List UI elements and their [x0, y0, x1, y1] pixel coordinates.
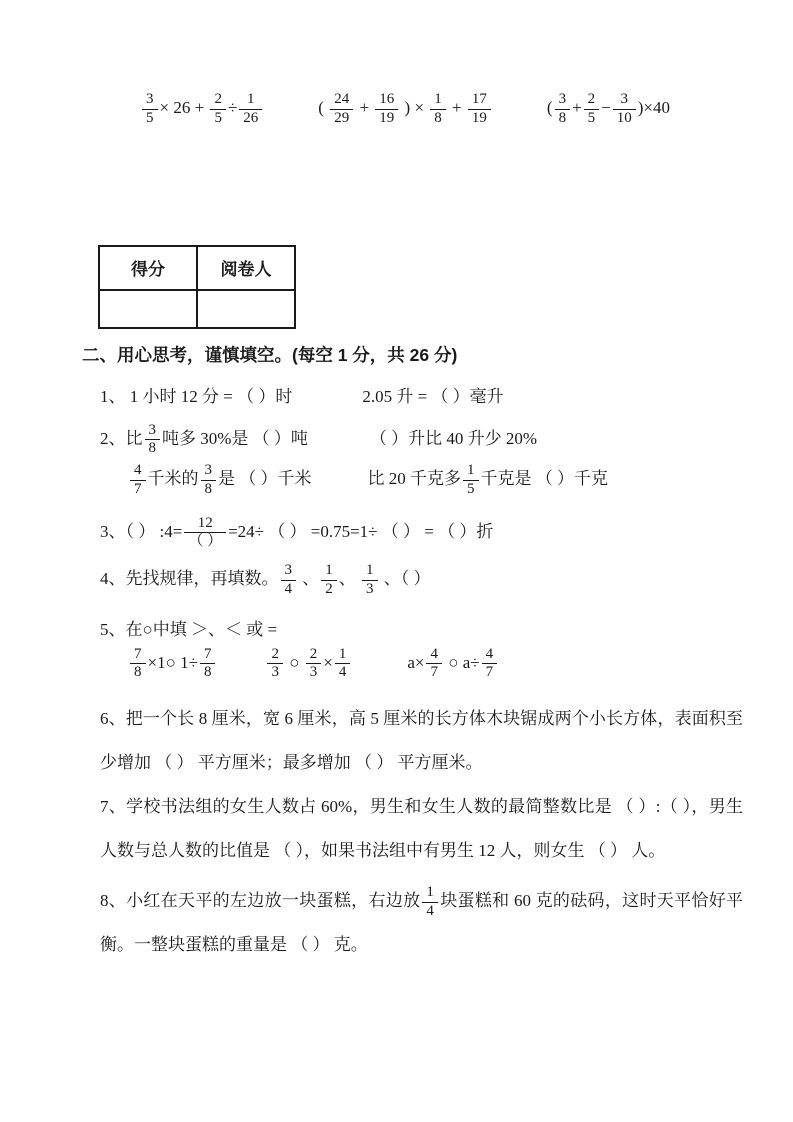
question-4: 4、先找规律，再填数。34 、12、 13 、（ ）	[100, 563, 743, 598]
text-run: 、	[339, 569, 360, 588]
fraction: 310	[613, 92, 636, 127]
grader-value-cell	[197, 290, 295, 328]
fraction-numerator: 1	[430, 92, 446, 109]
text-run: =24÷ （ ） =0.75=1÷ （ ） = （ ）折	[228, 522, 493, 541]
fraction-denominator: 5	[584, 109, 600, 127]
text-run: 是 （ ）千米	[218, 469, 312, 488]
text-run: 1、 1 小时 12 分 = （ ）时	[100, 387, 292, 406]
question-6: 6、把一个长 8 厘米，宽 6 厘米，高 5 厘米的长方体木块锯成两个小长方体，…	[100, 697, 743, 785]
text-run: )×40	[638, 98, 670, 117]
fraction: 18	[430, 92, 446, 127]
section-2-title: 二、用心思考，谨慎填空。(每空 1 分，共 26 分)	[82, 342, 743, 367]
fraction-numerator: 1	[422, 885, 438, 902]
fraction-denominator: 5	[210, 109, 226, 127]
fraction-denominator: 19	[468, 109, 491, 127]
question-7: 7、学校书法组的女生人数占 60%，男生和女生人数的最简整数比是 （ ）:（ ）…	[100, 785, 743, 873]
fraction: 78	[130, 647, 146, 682]
question-2-line-2: 47千米的38是 （ ）千米比 20 千克多15千克是 （ ）千克	[128, 463, 743, 498]
fraction: 38	[145, 423, 161, 458]
text-run: 千克是 （ ）千克	[481, 469, 609, 488]
score-value-cell	[99, 290, 197, 328]
fraction: 2429	[330, 92, 353, 127]
fraction-denominator: 8	[555, 109, 571, 127]
fraction-denominator: 29	[330, 109, 353, 127]
fraction-denominator: 8	[430, 109, 446, 127]
fraction-numerator: 1	[321, 563, 337, 580]
fraction-numerator: 4	[482, 647, 498, 664]
score-header-cell: 得分	[99, 246, 197, 290]
spacer	[308, 443, 370, 444]
text-run: (	[318, 98, 328, 117]
fraction-numerator: 3	[142, 92, 158, 109]
fraction-denominator: 8	[130, 663, 146, 681]
fraction-numerator: 2	[584, 92, 600, 109]
fraction-numerator: 2	[306, 647, 322, 664]
text-run: ÷	[228, 98, 237, 117]
fraction-numerator: 1	[362, 563, 378, 580]
text-run: +	[572, 98, 582, 117]
fraction: 14	[422, 885, 438, 920]
calc-expression-3: (38+25−310)×40	[547, 92, 670, 127]
fraction: 47	[130, 463, 146, 498]
fraction-numerator: 4	[130, 463, 146, 480]
fraction-denominator: 8	[200, 663, 216, 681]
fraction-denominator: （ ）	[184, 532, 226, 550]
calculation-expressions-row: 35× 26 + 25÷126 ( 2429 + 1619 ) × 18 + 1…	[140, 92, 743, 127]
fraction-numerator: 1	[335, 647, 351, 664]
fraction-denominator: 2	[321, 580, 337, 598]
text-run: −	[601, 98, 611, 117]
fraction-numerator: 1	[463, 463, 479, 480]
text-run: × 26 +	[160, 98, 209, 117]
fraction: 34	[281, 563, 297, 598]
score-table-value-row	[99, 290, 295, 328]
fraction-denominator: 7	[130, 480, 146, 498]
fraction-numerator: 7	[130, 647, 146, 664]
fraction: 47	[426, 647, 442, 682]
fraction: 25	[210, 92, 226, 127]
fraction-denominator: 7	[482, 663, 498, 681]
fraction-denominator: 4	[335, 663, 351, 681]
score-table: 得分 阅卷人	[98, 245, 296, 329]
question-8: 8、小红在天平的左边放一块蛋糕，右边放14块蛋糕和 60 克的砝码，这时天平恰好…	[100, 879, 743, 967]
text-run: 3、（ ） :4=	[100, 522, 182, 541]
fraction: 38	[201, 463, 217, 498]
fraction-numerator: 3	[201, 463, 217, 480]
text-run: ×1○ 1÷	[148, 653, 198, 672]
fraction: 126	[239, 92, 262, 127]
fraction-numerator: 12	[194, 516, 217, 533]
fraction: 1719	[468, 92, 491, 127]
question-5-comparisons: 78×1○ 1÷7823 ○ 23×14a×47 ○ a÷47	[128, 647, 743, 682]
fraction-numerator: 2	[210, 92, 226, 109]
score-table-header-row: 得分 阅卷人	[99, 246, 295, 290]
text-run: 千米的	[148, 469, 199, 488]
fraction-denominator: 3	[267, 663, 283, 681]
spacer	[312, 483, 368, 484]
fraction-numerator: 3	[281, 563, 297, 580]
fraction-denominator: 5	[463, 480, 479, 498]
fraction: 14	[335, 647, 351, 682]
text-run: ○ a÷	[444, 653, 480, 672]
fraction-denominator: 7	[426, 663, 442, 681]
fraction: 23	[267, 647, 283, 682]
question-2-line-1: 2、比38吨多 30%是 （ ）吨（ ）升比 40 升少 20%	[100, 423, 743, 458]
fraction-denominator: 8	[201, 480, 217, 498]
text-run: 比 20 千克多	[368, 469, 462, 488]
fraction-numerator: 3	[145, 423, 161, 440]
fraction: 35	[142, 92, 158, 127]
text-run: 、（ ）	[380, 569, 431, 588]
calc-expression-2: ( 2429 + 1619 ) × 18 + 1719	[318, 92, 493, 127]
fraction: 78	[200, 647, 216, 682]
fraction-denominator: 4	[422, 902, 438, 920]
spacer	[352, 667, 407, 668]
fraction-denominator: 26	[239, 109, 262, 127]
fraction-denominator: 3	[306, 663, 322, 681]
question-3: 3、（ ） :4=12（ ）=24÷ （ ） =0.75=1÷ （ ） = （ …	[100, 516, 743, 551]
fraction: 47	[482, 647, 498, 682]
fraction: 15	[463, 463, 479, 498]
calc-expression-1: 35× 26 + 25÷126	[140, 92, 264, 127]
text-run: ○	[285, 653, 304, 672]
question-1: 1、 1 小时 12 分 = （ ）时2.05 升 = （ ）毫升	[100, 382, 743, 407]
fraction: 13	[362, 563, 378, 598]
fraction: 12	[321, 563, 337, 598]
fraction-numerator: 4	[426, 647, 442, 664]
text-run: +	[448, 98, 466, 117]
question-5-prompt: 5、在○中填 ＞、＜ 或 =	[100, 615, 743, 640]
fraction-numerator: 2	[267, 647, 283, 664]
text-run: 8、小红在天平的左边放一块蛋糕，右边放	[100, 891, 420, 910]
fraction-denominator: 4	[281, 580, 297, 598]
fraction: 12（ ）	[184, 516, 226, 551]
fraction-denominator: 3	[362, 580, 378, 598]
fraction-denominator: 10	[613, 109, 636, 127]
spacer	[217, 667, 265, 668]
fraction-numerator: 17	[468, 92, 491, 109]
text-run: 2、比	[100, 429, 143, 448]
text-run: 吨多 30%是 （ ）吨	[162, 429, 308, 448]
text-run: 4、先找规律，再填数。	[100, 569, 279, 588]
text-run: +	[355, 98, 373, 117]
fraction-numerator: 24	[330, 92, 353, 109]
text-run: a×	[407, 653, 424, 672]
spacer	[292, 401, 362, 402]
fraction: 38	[555, 92, 571, 127]
text-run: 2.05 升 = （ ）毫升	[362, 387, 503, 406]
fraction-numerator: 1	[243, 92, 259, 109]
fraction-denominator: 19	[375, 109, 398, 127]
text-run: ) ×	[400, 98, 428, 117]
fraction: 25	[584, 92, 600, 127]
fraction-numerator: 7	[200, 647, 216, 664]
text-run: (	[547, 98, 553, 117]
fraction-denominator: 8	[145, 439, 161, 457]
fraction: 1619	[375, 92, 398, 127]
grader-header-cell: 阅卷人	[197, 246, 295, 290]
text-run: ×	[323, 653, 333, 672]
fraction-numerator: 3	[617, 92, 633, 109]
fraction-numerator: 16	[375, 92, 398, 109]
text-run: （ ）升比 40 升少 20%	[370, 429, 537, 448]
fraction-numerator: 3	[555, 92, 571, 109]
exam-paper-page: 35× 26 + 25÷126 ( 2429 + 1619 ) × 18 + 1…	[0, 0, 793, 1122]
text-run: 、	[298, 569, 319, 588]
fraction: 23	[306, 647, 322, 682]
fraction-denominator: 5	[142, 109, 158, 127]
